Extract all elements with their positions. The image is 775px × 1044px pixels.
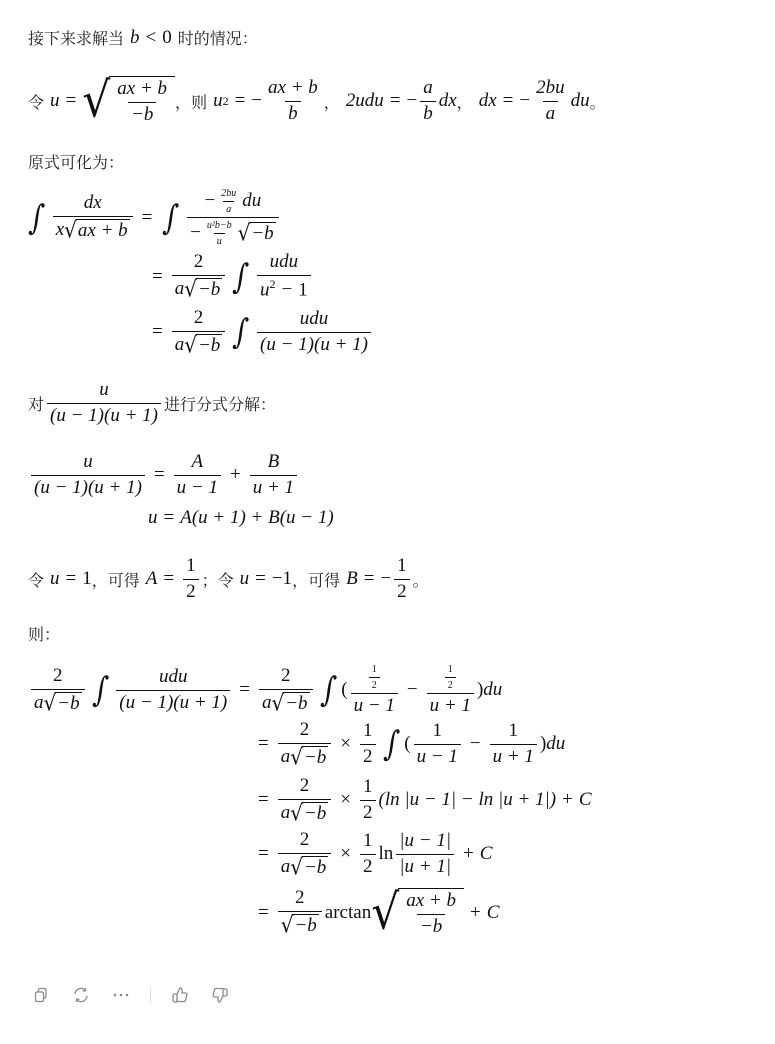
copy-button[interactable] — [28, 982, 54, 1008]
coefficients-line: 令 u=1 ， 可得 A=12 ； 令 u=−1 ， 可得 B=−12 。 — [28, 556, 429, 603]
final-step-2: = 2a√−b × 12 ∫( 1u − 1 − 1u + 1 )du — [252, 720, 565, 769]
final-step-4: = 2a√−b × 12 ln |u − 1||u + 1| +C — [252, 830, 492, 879]
message-toolbar — [28, 982, 247, 1008]
final-step-5: = 2√−b arctan √ax + b−b +C — [252, 888, 499, 938]
substitution-line: 令 u= √ ax + b−b ， 则 u2=− ax + bb ， 2udu=… — [28, 76, 606, 126]
u-definition: u= √ ax + b−b — [50, 76, 175, 126]
then-label: 则： — [28, 622, 60, 645]
more-icon — [112, 992, 130, 998]
dx-expression: dx=− 2buadu — [479, 78, 590, 125]
comma: ， — [324, 90, 340, 113]
decomposition-1: u(u − 1)(u + 1) = Au − 1 + Bu + 1 — [28, 452, 300, 499]
period: 。 — [590, 90, 606, 113]
more-button[interactable] — [108, 982, 134, 1008]
intro-text-end: 时的情况： — [178, 26, 258, 49]
thumbs-down-button[interactable] — [207, 982, 233, 1008]
thumbs-up-button[interactable] — [167, 982, 193, 1008]
final-step-1: 2a√−b ∫ udu(u − 1)(u + 1) = 2a√−b ∫( 12u… — [28, 664, 502, 717]
simplify-label: 原式可化为： — [28, 150, 124, 173]
integral-step-3: = 2a√−b ∫ udu(u − 1)(u + 1) — [146, 308, 374, 357]
condition-math: b<0 — [130, 27, 172, 49]
copy-icon — [33, 987, 49, 1003]
partial-fraction-line: 对 u(u − 1)(u + 1) 进行分式分解： — [28, 380, 276, 427]
final-step-3: = 2a√−b × 12 (ln |u − 1| − ln |u + 1|) +… — [252, 776, 592, 825]
let-label: 令 — [28, 90, 44, 113]
then-label: 则 — [191, 90, 207, 113]
integral-step-1: ∫ dx x√ax + b = ∫ −2buadu −u²b−bu√−b — [24, 188, 282, 247]
intro-text: 接下来求解当 — [28, 26, 124, 49]
integral-step-2: = 2a√−b ∫ uduu2−1 — [146, 252, 314, 301]
differential: 2udu=− abdx — [346, 78, 457, 125]
regenerate-icon — [72, 986, 90, 1004]
decomposition-2: u=A(u + 1) + B(u − 1) — [148, 507, 334, 529]
intro-line: 接下来求解当 b<0 时的情况： — [28, 26, 258, 49]
regenerate-button[interactable] — [68, 982, 94, 1008]
comma: ， — [457, 90, 473, 113]
thumbs-down-icon — [211, 986, 229, 1004]
u-squared: u2=− ax + bb — [213, 78, 324, 125]
comma: ， — [175, 90, 191, 113]
toolbar-divider — [150, 987, 151, 1003]
thumbs-up-icon — [171, 986, 189, 1004]
